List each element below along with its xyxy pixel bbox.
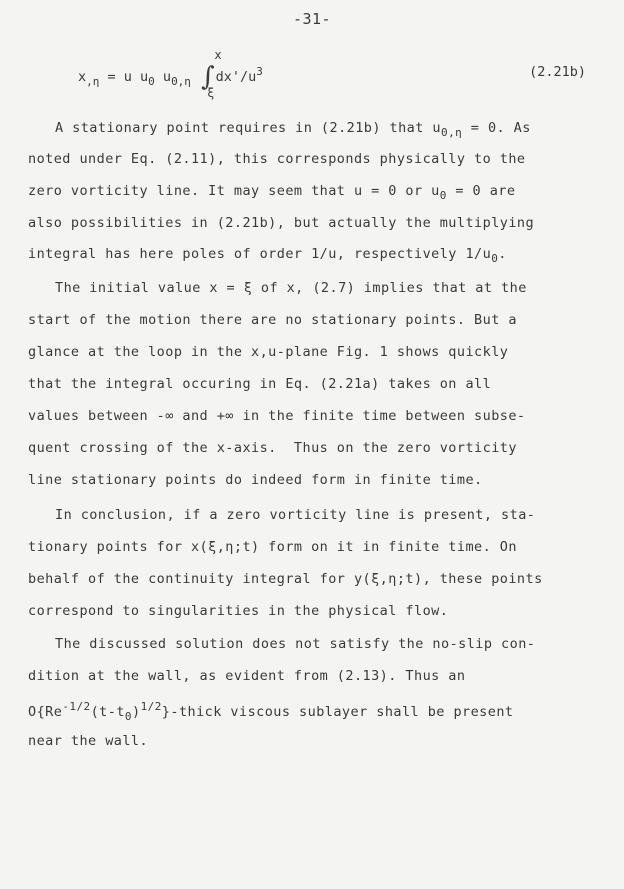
integral-lower-limit: ξ <box>207 86 214 100</box>
text-line: zero vorticity line. It may seem that u … <box>28 183 515 202</box>
eq-lhs-sub: ,η <box>86 75 99 88</box>
eq-u0eta: u <box>155 69 171 85</box>
text-line: The discussed solution does not satisfy … <box>55 636 535 652</box>
eq-u0-sub: 0 <box>148 75 155 88</box>
text-line: near the wall. <box>28 733 148 749</box>
eq-u0eta-sub: 0,η <box>171 75 191 88</box>
text-line: The initial value x = ξ of x, (2.7) impl… <box>55 280 527 296</box>
text-line: dition at the wall, as evident from (2.1… <box>28 668 465 684</box>
text-line: In conclusion, if a zero vorticity line … <box>55 507 535 523</box>
page-number: -31- <box>0 10 624 28</box>
text-line: noted under Eq. (2.11), this corresponds… <box>28 151 526 167</box>
eq-rhs-prefix: = u u <box>99 69 148 85</box>
integral-upper-limit: x <box>214 48 221 62</box>
text-line: values between -∞ and +∞ in the finite t… <box>28 408 526 424</box>
eq-integrand-sup: 3 <box>256 65 263 78</box>
integral: ∫ x ξ <box>199 58 216 88</box>
text-line: that the integral occuring in Eq. (2.21a… <box>28 376 491 392</box>
text-line: integral has here poles of order 1/u, re… <box>28 246 507 265</box>
text-line: glance at the loop in the x,u-plane Fig.… <box>28 344 508 360</box>
text-line: correspond to singularities in the physi… <box>28 603 448 619</box>
text-line: tionary points for x(ξ,η;t) form on it i… <box>28 539 517 555</box>
text-line: also possibilities in (2.21b), but actua… <box>28 215 534 231</box>
text-line: line stationary points do indeed form in… <box>28 472 483 488</box>
text-line: O{Re-1/2(t-t0)1/2}-thick viscous sublaye… <box>28 700 513 723</box>
text-line: quent crossing of the x-axis. Thus on th… <box>28 440 517 456</box>
equation-label: (2.21b) <box>529 64 586 80</box>
eq-integrand: dx'/u <box>216 69 257 85</box>
text-line: behalf of the continuity integral for y(… <box>28 571 543 587</box>
equation-2-21b: x,η = u u0 u0,η ∫ x ξ dx'/u3 <box>78 58 263 88</box>
eq-lhs: x <box>78 69 86 85</box>
text-line: start of the motion there are no station… <box>28 312 517 328</box>
text-line: A stationary point requires in (2.21b) t… <box>55 120 531 139</box>
